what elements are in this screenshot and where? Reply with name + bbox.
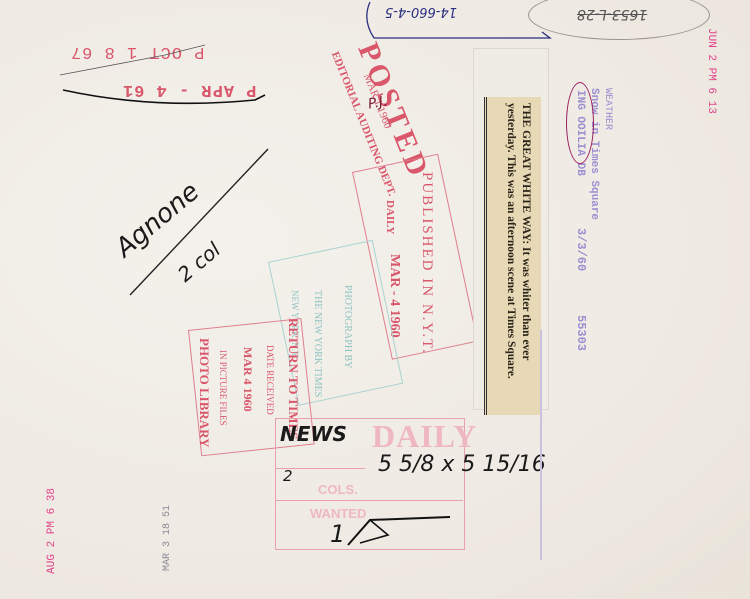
- pencil-diagonal-line: [120, 145, 280, 305]
- posted-initials: P.J.: [367, 93, 389, 112]
- photography-stamp-line2: THE NEW YORK TIMES: [312, 290, 323, 397]
- pencil-wanted-stroke: [340, 505, 460, 555]
- library-stamp-files: IN PICTURE FILES: [218, 350, 228, 426]
- right-edge-date-stamp: JUN 2 PM 6 13: [705, 28, 717, 114]
- newspaper-clipping-backing: THE GREAT WHITE WAY: It was whiter than …: [473, 48, 549, 410]
- published-stamp-edition: DAILY: [384, 200, 396, 234]
- photo-back-paper: 14-660-4-5 1653-L-28 P OCT 1 8 67 P APR …: [0, 0, 750, 599]
- cols-stamp-cols-label: COLS.: [318, 482, 358, 497]
- library-stamp-date: MAR 4 1960: [240, 347, 255, 412]
- blue-pencil-bracket: [360, 0, 560, 45]
- handwritten-cols-value: 2: [283, 467, 293, 485]
- left-bottom-gray-stamp: MAR 3 18 51: [162, 505, 173, 571]
- handwritten-news: NEWS: [280, 422, 347, 446]
- slip-number: 55303: [574, 315, 588, 351]
- left-bottom-date-stamp: AUG 2 PM 6 38: [46, 488, 58, 574]
- cols-stamp-header: DAILY: [372, 418, 477, 455]
- clipping-shadow-line: [540, 330, 542, 560]
- photography-stamp-line1: PHOTOGRAPH BY: [342, 285, 353, 368]
- slip-weather: WEATHER: [602, 88, 613, 130]
- library-stamp-library: PHOTO LIBRARY: [196, 338, 212, 447]
- handwritten-size: 5 5/8 x 5 15/16: [378, 452, 546, 477]
- gray-pencil-annotation: 1653-L-28: [577, 6, 647, 22]
- slip-date: 3/3/60: [574, 228, 588, 271]
- cols-stamp-divider2: [275, 500, 463, 501]
- clipping-caption: THE GREAT WHITE WAY: It was whiter than …: [487, 97, 541, 415]
- slip-code-circle: [566, 82, 594, 164]
- newspaper-clipping: THE GREAT WHITE WAY: It was whiter than …: [484, 97, 541, 415]
- library-stamp-received: DATE RECEIVED: [265, 345, 275, 415]
- published-stamp-title: PUBLISHED IN N.Y.T.: [418, 172, 435, 355]
- pencil-strokes-top-left: [55, 40, 275, 110]
